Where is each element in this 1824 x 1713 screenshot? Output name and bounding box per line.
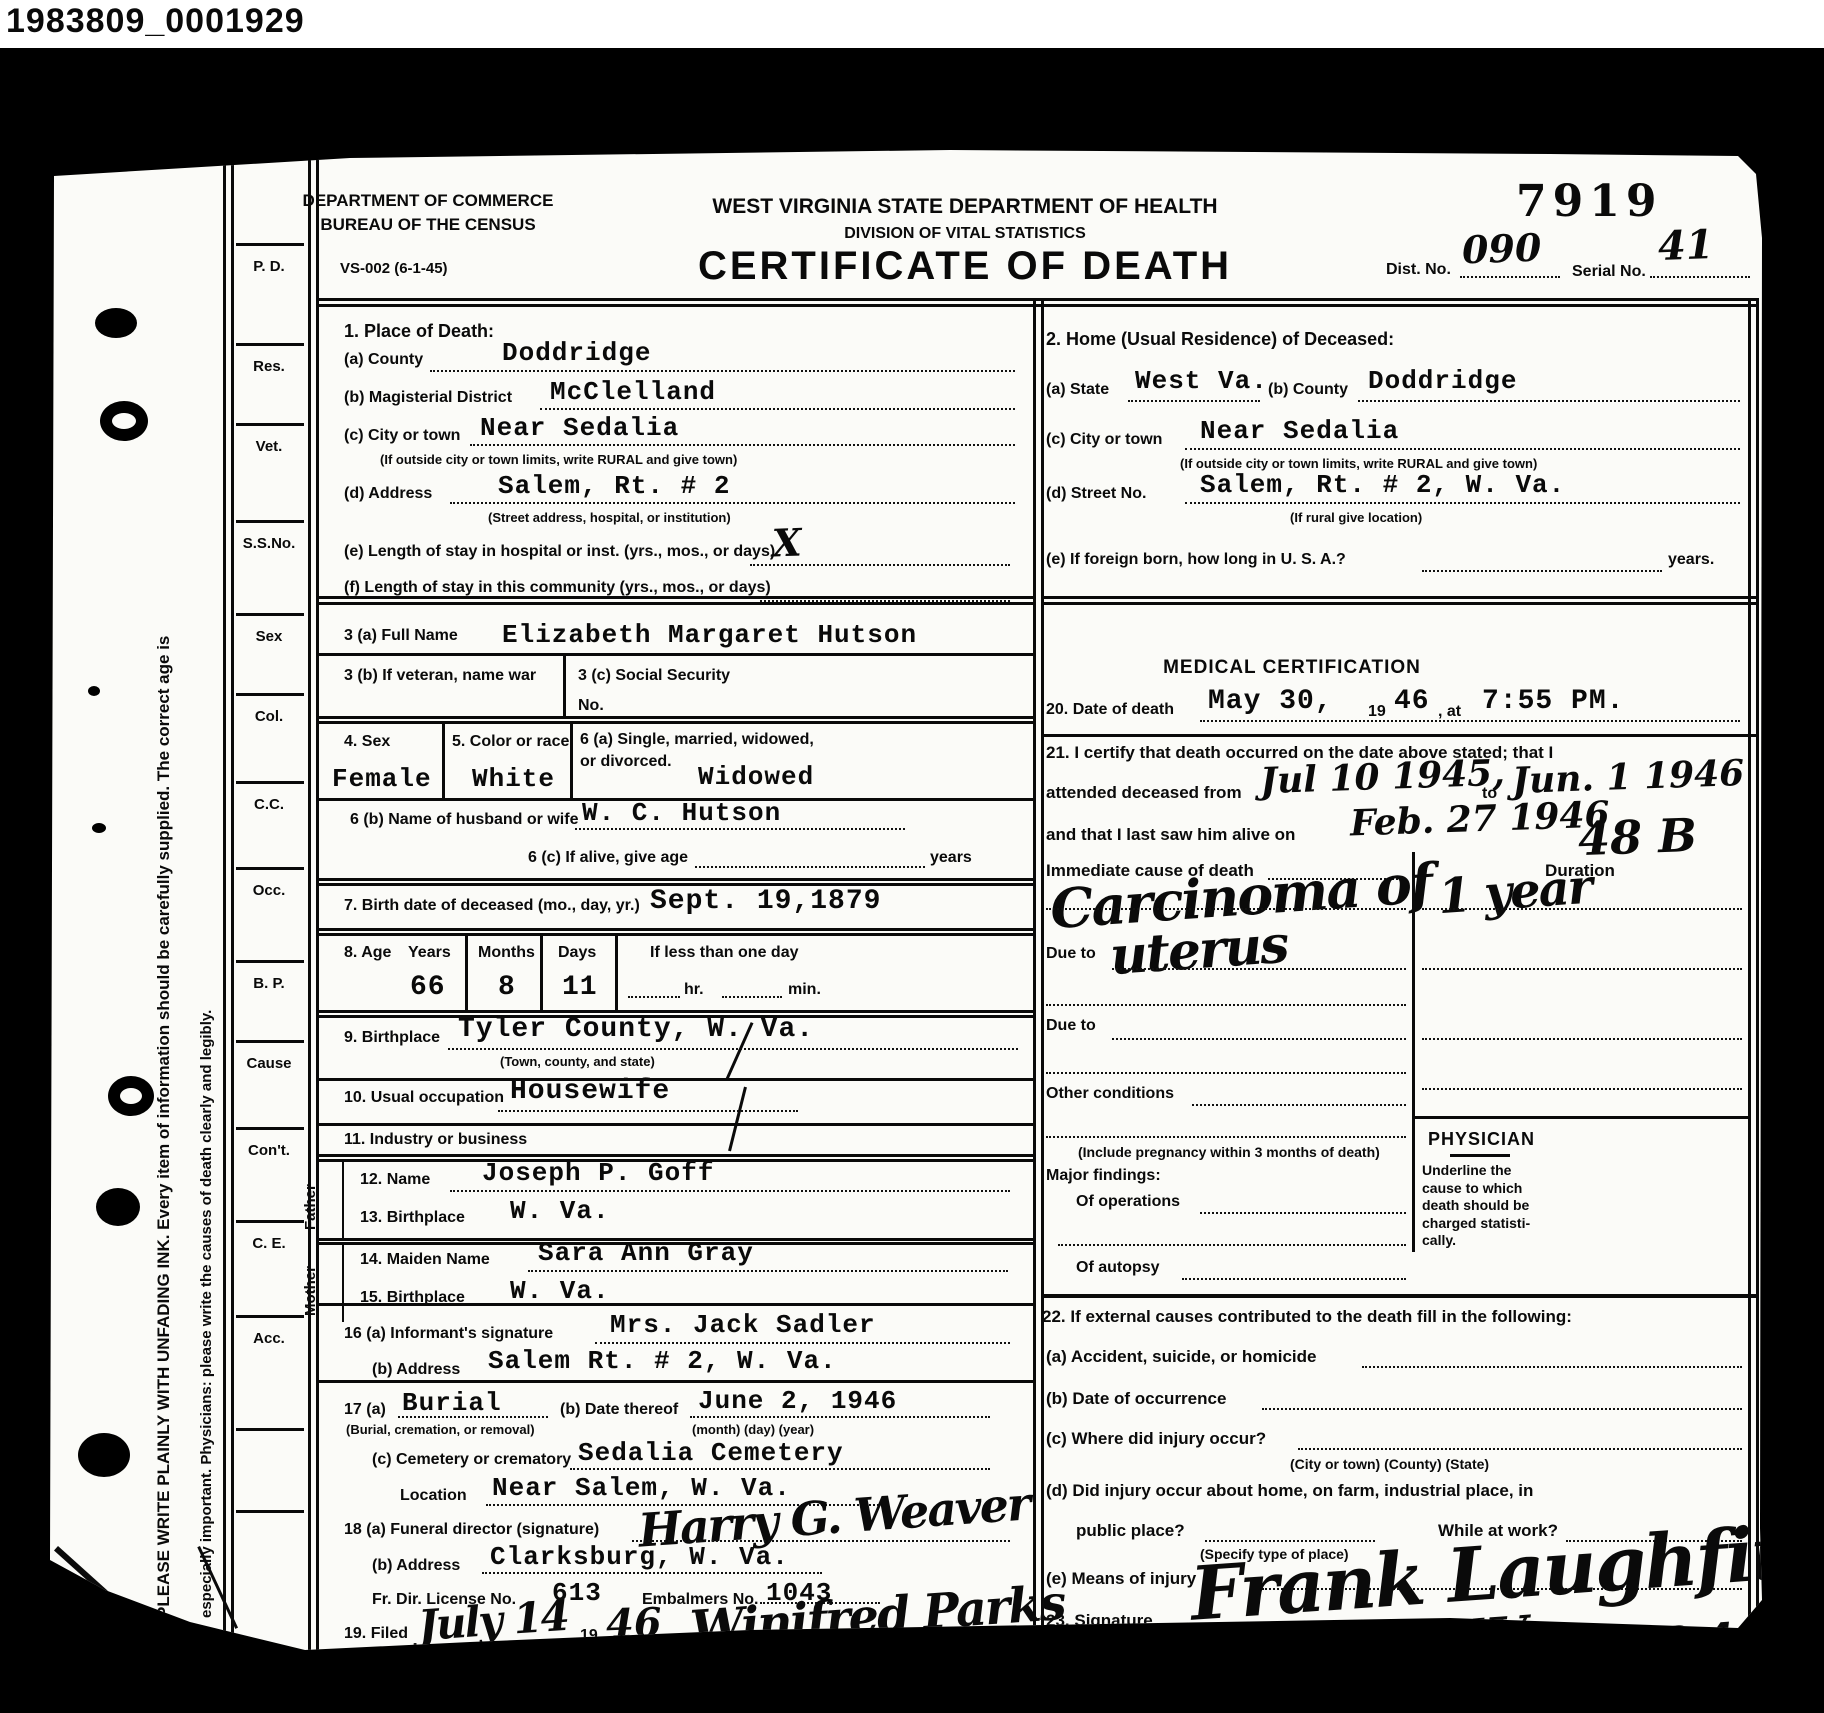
rule (236, 960, 304, 963)
rule (316, 1010, 1034, 1013)
rule (1298, 1448, 1742, 1450)
rule (528, 1270, 1008, 1272)
informant-sig-value: Mrs. Jack Sadler (610, 1310, 876, 1340)
rule (236, 1510, 304, 1513)
external-c-note: (City or town) (County) (State) (1290, 1456, 1489, 1473)
spouse-label: 6 (b) Name of husband or wife (350, 810, 578, 830)
rule (430, 370, 1015, 372)
rule (563, 653, 566, 716)
fullname-label: 3 (a) Full Name (344, 626, 458, 646)
rule (1046, 1004, 1406, 1006)
rule (1756, 298, 1759, 1660)
marital-value: Widowed (698, 762, 814, 792)
mother-name-value: Sara Ann Gray (538, 1238, 754, 1268)
death-year-value: 46 (1394, 686, 1430, 717)
rule (1450, 1154, 1510, 1157)
external-d-label: (d) Did injury occur about home, on farm… (1046, 1480, 1533, 1501)
dept-commerce: DEPARTMENT OF COMMERCE (288, 190, 568, 211)
informant-sig-label: 16 (a) Informant's signature (344, 1324, 553, 1344)
veteran-label: 3 (b) If veteran, name war (344, 666, 536, 686)
physician-heading: PHYSICIAN (1428, 1128, 1535, 1151)
alive-years-label: years (930, 848, 972, 868)
cemetery-value: Sedalia Cemetery (578, 1438, 844, 1468)
rule (465, 936, 468, 1010)
place-address-note: (Street address, hospital, or institutio… (488, 510, 731, 526)
ssn-label: 3 (c) Social Security (578, 666, 730, 686)
rule (1058, 1244, 1406, 1246)
death-date-label: 20. Date of death (1046, 700, 1174, 720)
rule (1112, 1038, 1406, 1040)
rule (540, 936, 543, 1010)
father-side-label: Father (302, 1184, 319, 1230)
attended-label: attended deceased from (1046, 782, 1242, 803)
father-birthplace-value: W. Va. (510, 1196, 610, 1226)
certifier-addr-label: Address (1038, 1660, 1102, 1680)
rule (236, 1040, 304, 1043)
operations-label: Of operations (1076, 1192, 1180, 1212)
age-label: 8. Age (344, 943, 391, 963)
filed-year-hand: 46 (605, 1599, 662, 1648)
rule (316, 298, 1758, 301)
major-findings-label: Major findings: (1046, 1166, 1161, 1186)
rule (316, 933, 1034, 936)
father-name-value: Joseph P. Goff (482, 1158, 714, 1188)
registrar-label: Registrar. (750, 1638, 810, 1654)
ink-blob (78, 1433, 130, 1477)
stub-cc: C.C. (231, 796, 307, 813)
rule (316, 1303, 1034, 1306)
occupation-value: Housewife (510, 1076, 670, 1107)
rule (482, 1572, 822, 1574)
dist-no-value: 090 (1461, 225, 1542, 273)
rule (236, 1220, 304, 1223)
external-d2-label: public place? (1076, 1520, 1185, 1541)
org-title: WEST VIRGINIA STATE DEPARTMENT OF HEALTH (640, 194, 1290, 220)
age-days-value: 11 (562, 972, 598, 1003)
home-years-label: years. (1668, 550, 1714, 570)
age-years-value: 66 (410, 972, 446, 1003)
rule (1422, 1088, 1742, 1090)
rule (628, 996, 680, 998)
rule (316, 1380, 1034, 1383)
stub-bp: B. P. (231, 975, 307, 992)
age-less-label: If less than one day (650, 943, 798, 963)
birthplace-value: Tyler County, W. Va. (458, 1014, 814, 1045)
filed-date-hand: July 14 (416, 1591, 569, 1650)
rule (1200, 1212, 1406, 1214)
registrar-signature: Winifred Parks (689, 1575, 1067, 1657)
rule (1128, 400, 1260, 402)
rule (722, 996, 782, 998)
father-birthplace-label: 13. Birthplace (360, 1208, 465, 1228)
burial-location-label: Location (400, 1486, 467, 1506)
dist-no-label: Dist. No. (1386, 260, 1451, 280)
death-time-value: 7:55 PM. (1482, 686, 1624, 717)
place-district-value: McClelland (550, 377, 716, 407)
rule (1112, 968, 1406, 970)
rule (1041, 298, 1044, 1660)
rule (316, 1078, 1034, 1081)
death-year-prefix: 19 (1368, 702, 1386, 722)
director-addr-value: Clarksburg, W. Va. (490, 1542, 789, 1572)
rule (1042, 1294, 1758, 1298)
place-county-label: (a) County (344, 350, 423, 370)
mother-side-label: Mother (302, 1266, 319, 1316)
rule (1046, 908, 1406, 910)
burial-date-label: (b) Date thereof (560, 1400, 678, 1420)
stub-res: Res. (231, 358, 307, 375)
rule (450, 502, 1015, 504)
rule (316, 928, 1034, 931)
rule (236, 1127, 304, 1130)
min-label: min. (788, 980, 821, 1000)
fullname-value: Elizabeth Margaret Hutson (502, 620, 917, 650)
rule (690, 1416, 990, 1418)
rule (316, 304, 1758, 307)
rule (398, 1416, 548, 1418)
rule (1182, 1278, 1406, 1280)
rule (316, 1652, 1758, 1655)
rule (595, 1342, 1010, 1344)
rule (1041, 602, 1758, 605)
rule (1422, 908, 1742, 910)
death-at-label: , at (1438, 702, 1461, 722)
margin-instruction-line1: PLEASE WRITE PLAINLY WITH UNFADING INK. … (154, 188, 188, 1618)
rule (1042, 734, 1758, 737)
home-county-label: (b) County (1268, 380, 1348, 400)
place-address-label: (d) Address (344, 484, 432, 504)
external-b-label: (b) Date of occurrence (1046, 1388, 1226, 1409)
age-days-label: Days (558, 943, 596, 963)
home-street-label: (d) Street No. (1046, 484, 1146, 504)
rule (342, 1244, 344, 1322)
alive-label: 6 (c) If alive, give age (528, 848, 688, 868)
place-city-label: (c) City or town (344, 426, 460, 446)
stub-sex: Sex (231, 628, 307, 645)
other-conditions-label: Other conditions (1046, 1084, 1174, 1104)
date-signed-label: Date signed (1442, 1662, 1527, 1681)
rule (1422, 570, 1662, 572)
serial-no-value: 41 (1657, 221, 1714, 270)
rule (1192, 1104, 1406, 1106)
place-city-note: (If outside city or town limits, write R… (380, 452, 737, 468)
rule (308, 148, 311, 1650)
rule (570, 1468, 990, 1470)
rule (570, 723, 573, 798)
scan-id-label: 1983809_0001929 (6, 2, 305, 41)
hr-label: hr. (684, 980, 704, 1000)
due-to2-label: Due to (1046, 1016, 1096, 1036)
stub-cause: Cause (231, 1055, 307, 1072)
burial-date-note: (month) (day) (year) (692, 1422, 814, 1438)
medical-heading: MEDICAL CERTIFICATION (1042, 656, 1542, 680)
rule (1046, 1136, 1406, 1138)
birthdate-label: 7. Birth date of deceased (mo., day, yr.… (344, 896, 640, 916)
race-value: White (472, 764, 555, 794)
stub-occ: Occ. (231, 882, 307, 899)
physician-note: Underline the cause to which death shoul… (1422, 1162, 1552, 1250)
rule (450, 1190, 1010, 1192)
duration-hand: 1 year (1436, 859, 1592, 926)
stub-ssno: S.S.No. (231, 535, 307, 552)
rule (236, 1658, 1758, 1661)
home-county-value: Doddridge (1368, 366, 1517, 396)
rule (236, 343, 304, 346)
rule (236, 613, 304, 616)
industry-label: 11. Industry or business (344, 1130, 527, 1150)
ink-blob (96, 1188, 140, 1226)
rule (1041, 596, 1758, 599)
scanned-death-certificate: { "scan_label": "1983809_0001929", "head… (0, 0, 1824, 1713)
rule (316, 878, 1034, 881)
home-state-label: (a) State (1046, 380, 1109, 400)
burial-item-label: 17 (a) (344, 1400, 386, 1420)
rule (1185, 502, 1740, 504)
home-state-value: West Va. (1135, 366, 1268, 396)
ink-blob (95, 308, 137, 338)
cause-hand-line2: uterus (1108, 914, 1289, 987)
place-address-value: Salem, Rt. # 2 (498, 471, 730, 501)
rule (342, 1162, 344, 1240)
date-signed-hand: Jun. 8.46 (1546, 1611, 1764, 1680)
rule (1422, 968, 1742, 970)
rule (1650, 276, 1750, 278)
place-heading: 1. Place of Death: (344, 320, 494, 343)
director-sig-label: 18 (a) Funeral director (signature) (344, 1520, 599, 1540)
birthdate-value: Sept. 19,1879 (650, 886, 881, 917)
place-city-value: Near Sedalia (480, 413, 679, 443)
burial-type-note: (Burial, cremation, or removal) (346, 1422, 535, 1438)
stamp-number: 7919 (1516, 176, 1662, 227)
home-street-value: Salem, Rt. # 2, W. Va. (1200, 470, 1565, 500)
certificate-page: PLEASE WRITE PLAINLY WITH UNFADING INK. … (50, 148, 1764, 1650)
birthplace-label: 9. Birthplace (344, 1028, 440, 1048)
certifier-sig-label: 23. Signature (1046, 1610, 1153, 1631)
rule (1460, 276, 1560, 278)
external-heading: 22. If external causes contributed to th… (1042, 1306, 1572, 1327)
rule (1200, 720, 1740, 722)
rule (236, 1428, 304, 1431)
age-months-label: Months (478, 943, 535, 963)
birthplace-note: (Town, county, and state) (500, 1054, 655, 1070)
death-date-value: May 30, (1208, 686, 1333, 717)
place-hospital-stay-label: (e) Length of stay in hospital or inst. … (344, 542, 775, 562)
race-label: 5. Color or race (452, 732, 569, 752)
last-saw-label: and that I last saw him alive on (1046, 824, 1295, 845)
rule (236, 423, 304, 426)
director-addr-label: (b) Address (372, 1556, 460, 1576)
place-district-label: (b) Magisterial District (344, 388, 512, 408)
rule (316, 716, 1034, 719)
cemetery-label: (c) Cemetery or crematory (372, 1450, 571, 1470)
place-county-value: Doddridge (502, 338, 651, 368)
rule (575, 828, 905, 830)
informant-addr-label: (b) Address (372, 1360, 460, 1380)
md-or-other-label: M. D. or other (1502, 1640, 1592, 1657)
stub-col: Col. (231, 708, 307, 725)
last-saw-hand: Feb. 27 1946 (1349, 793, 1610, 844)
division-title: DIVISION OF VITAL STATISTICS (640, 224, 1290, 244)
bureau-census: BUREAU OF THE CENSUS (288, 214, 568, 235)
rule (316, 148, 319, 1650)
certificate-title: CERTIFICATE OF DEATH (610, 244, 1320, 289)
age-years-label: Years (408, 943, 451, 963)
margin-instruction-line2: especially important. Physicians: please… (198, 218, 224, 1618)
rule (448, 1048, 1018, 1050)
hole-punch (100, 401, 148, 441)
rule (1046, 1072, 1406, 1074)
marital-label1: 6 (a) Single, married, widowed, (580, 730, 814, 750)
rule (750, 564, 1010, 566)
stub-pd: P. D. (231, 258, 307, 275)
age-months-value: 8 (498, 972, 516, 1003)
occupation-label: 10. Usual occupation (344, 1088, 504, 1108)
sex-value: Female (332, 764, 432, 794)
rule (236, 867, 304, 870)
stub-cont: Con't. (231, 1142, 307, 1159)
due-to-label: Due to (1046, 944, 1096, 964)
rule (695, 866, 925, 868)
rule (470, 444, 1015, 446)
rule (223, 148, 226, 1650)
rule (540, 408, 1015, 410)
sex-label: 4. Sex (344, 732, 390, 752)
place-hospital-stay-mark: X (771, 519, 802, 565)
serial-no-label: Serial No. (1572, 262, 1646, 282)
code-hand: 48 B (1577, 808, 1698, 866)
informant-addr-value: Salem Rt. # 2, W. Va. (488, 1346, 837, 1376)
home-street-note: (If rural give location) (1290, 510, 1422, 526)
external-a-label: (a) Accident, suicide, or homicide (1046, 1346, 1316, 1367)
rule (1262, 1408, 1742, 1410)
home-city-value: Near Sedalia (1200, 416, 1399, 446)
external-c-label: (c) Where did injury occur? (1046, 1428, 1266, 1449)
autopsy-label: Of autopsy (1076, 1258, 1160, 1278)
rule (1422, 1038, 1742, 1040)
rule (236, 781, 304, 784)
rule (1185, 448, 1740, 450)
rule (1362, 1366, 1742, 1368)
ssn-no-label: No. (578, 696, 604, 716)
scan-header-strip: 1983809_0001929 (0, 0, 1824, 48)
stub-ce: C. E. (231, 1235, 307, 1252)
rule (498, 1110, 798, 1112)
attended-to-hand: Jun. 1 1946 (1511, 752, 1745, 802)
burial-date-value: June 2, 1946 (698, 1386, 897, 1416)
rule (316, 602, 1034, 605)
spouse-value: W. C. Hutson (582, 798, 781, 828)
rule (1358, 400, 1740, 402)
rule (236, 520, 304, 523)
rule (316, 721, 1034, 724)
marital-label2: or divorced. (580, 752, 672, 772)
ink-dot (92, 823, 106, 833)
ink-dot (88, 686, 100, 696)
rule (1412, 1116, 1748, 1119)
rule (615, 936, 618, 1010)
rule (316, 1154, 1034, 1157)
rule (236, 693, 304, 696)
filed-label: 19. Filed (344, 1624, 408, 1644)
filed-year-prefix: 19 (580, 1626, 598, 1646)
rule (442, 723, 445, 798)
rule (1748, 298, 1751, 1660)
rule (316, 1123, 1034, 1126)
mother-birthplace-value: W. Va. (510, 1276, 610, 1306)
home-city-label: (c) City or town (1046, 430, 1162, 450)
external-e-label: (e) Means of injury (1046, 1568, 1196, 1589)
rule (316, 596, 1034, 599)
form-code: VS-002 (6-1-45) (340, 260, 448, 279)
place-community-stay-label: (f) Length of stay in this community (yr… (344, 578, 771, 598)
stub-acc: Acc. (231, 1330, 307, 1347)
rule (316, 653, 1034, 656)
slash-mark (728, 1087, 747, 1152)
father-name-label: 12. Name (360, 1170, 430, 1190)
pregnancy-note: (Include pregnancy within 3 months of de… (1078, 1144, 1380, 1161)
rule (236, 243, 304, 246)
stub-vet: Vet. (231, 438, 307, 455)
rule (1180, 1630, 1742, 1632)
attended-from-hand: Jul 10 1945, (1259, 752, 1505, 803)
rule (236, 1315, 304, 1318)
rule (1033, 298, 1036, 1660)
home-heading: 2. Home (Usual Residence) of Deceased: (1046, 328, 1394, 351)
burial-type-value: Burial (402, 1388, 502, 1418)
home-foreign-label: (e) If foreign born, how long in U. S. A… (1046, 550, 1346, 570)
mother-name-label: 14. Maiden Name (360, 1250, 490, 1270)
hole-punch (108, 1076, 154, 1116)
